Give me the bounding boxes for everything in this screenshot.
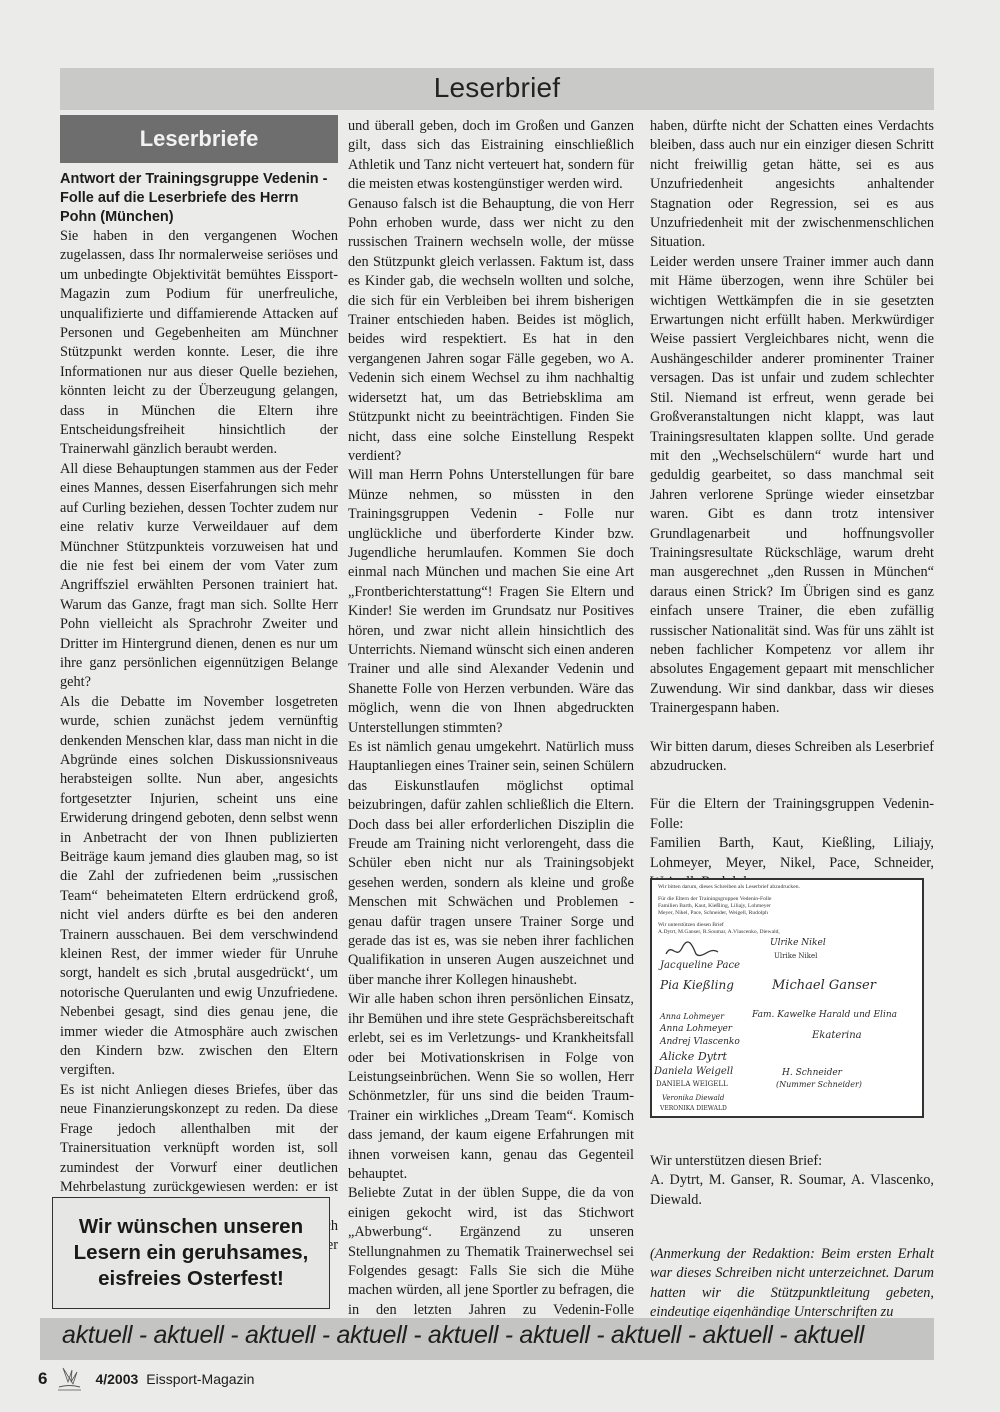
easter-greeting-box: Wir wünschen unseren Lesern ein geruhsam… [52, 1197, 330, 1309]
paragraph: und überall geben, doch im Großen und Ga… [348, 117, 634, 195]
signature: VERONIKA DIEWALD [660, 1105, 727, 1112]
signature-scan-image: Wir bitten darum, dieses Schreiben als L… [650, 878, 924, 1118]
aktuell-band: aktuell - aktuell - aktuell - aktuell - … [40, 1318, 934, 1360]
scan-printed-line: Wir bitten darum, dieses Schreiben als L… [658, 884, 916, 891]
signature: Daniela Weigell [654, 1066, 733, 1077]
paragraph: Sie haben in den vergangenen Wochen zuge… [60, 227, 338, 460]
paragraph: Beliebte Zutat in der üblen Suppe, die d… [348, 1184, 634, 1339]
paragraph: Genauso falsch ist die Behauptung, die v… [348, 195, 634, 467]
paragraph: Will man Herrn Pohns Unterstellungen für… [348, 466, 634, 738]
support-label: Wir unterstützen diesen Brief: [650, 1152, 934, 1171]
signature: (Nummer Schneider) [776, 1080, 862, 1089]
signature: Ulrike Nikel [770, 938, 826, 948]
signature: Alicke Dytrt [660, 1050, 727, 1063]
signature: Andrej Vlascenko [660, 1037, 740, 1047]
signature: Michael Ganser [772, 978, 876, 993]
paragraph: haben, dürfte nicht der Schatten eines V… [650, 117, 934, 253]
article-column-1: Antwort der Trainingsgruppe Vedenin - Fo… [60, 170, 338, 1275]
supporters-block: Wir unterstützen diesen Brief: A. Dytrt,… [650, 1152, 934, 1210]
section-banner: Leserbriefe [60, 115, 338, 163]
signature: DANIELA WEIGELL [656, 1080, 728, 1088]
page-footer: 6 4/2003 Eissport-Magazin [38, 1364, 254, 1394]
signature: Jacqueline Pace [660, 960, 740, 971]
signature: Anna Lohmeyer [660, 1024, 732, 1034]
article-column-3: haben, dürfte nicht der Schatten eines V… [650, 117, 934, 892]
issue-number: 4/2003 [95, 1371, 138, 1387]
signature: H. Schneider [782, 1068, 842, 1078]
scan-printed-line: Wir unterstützen diesen Brief [658, 922, 916, 929]
paragraph: All diese Behauptungen stammen aus der F… [60, 460, 338, 693]
signature: Anna Lohmeyer [660, 1012, 724, 1021]
page-header: Leserbrief [60, 68, 934, 110]
paragraph: Als die Debatte im November losgetreten … [60, 693, 338, 1081]
signature: Veronika Diewald [662, 1094, 724, 1102]
magazine-name: Eissport-Magazin [146, 1371, 254, 1387]
scan-printed-line: Familien Barth, Kaut, Kießling, Liliajy,… [658, 903, 916, 910]
signature: Ekaterina [812, 1030, 862, 1041]
paragraph: Es ist nämlich genau umgekehrt. Natürlic… [348, 738, 634, 990]
article-column-2: und überall geben, doch im Großen und Ga… [348, 117, 634, 1340]
aktuell-band-text: aktuell - aktuell - aktuell - aktuell - … [62, 1321, 864, 1350]
section-banner-label: Leserbriefe [140, 126, 259, 152]
easter-greeting-text: Wir wünschen unseren Lesern ein geruhsam… [74, 1214, 309, 1292]
editor-note-text: (Anmerkung der Redaktion: Beim ersten Er… [650, 1245, 934, 1323]
signed-for: Für die Eltern der Trainingsgruppen Vede… [650, 795, 934, 834]
paragraph: Leider werden unsere Trainer immer auch … [650, 253, 934, 719]
request-paragraph: Wir bitten darum, dieses Schreiben als L… [650, 738, 934, 777]
supporters-list: A. Dytrt, M. Ganser, R. Soumar, A. Vlasc… [650, 1171, 934, 1210]
scan-printed-line: Meyer, Nikel, Pace, Schneider, Weigell, … [658, 910, 916, 917]
signature: Pia Kießling [660, 978, 734, 992]
skater-logo-icon [55, 1366, 83, 1392]
signature: Fam. Kawelke Harald und Elina [752, 1010, 897, 1020]
signature-scribble-icon [662, 940, 722, 962]
page-title: Leserbrief [60, 72, 934, 104]
scan-printed-line: A.Dytrt, M.Ganser, R.Soumar, A.Vlascenko… [658, 929, 916, 936]
signature: Ulrike Nikel [774, 952, 817, 960]
editor-note: (Anmerkung der Redaktion: Beim ersten Er… [650, 1245, 934, 1323]
scan-printed-line: Für die Eltern der Trainingsgruppen Vede… [658, 896, 916, 903]
paragraph: Wir alle haben schon ihren persönlichen … [348, 990, 634, 1184]
page-number: 6 [38, 1369, 47, 1389]
article-headline: Antwort der Trainingsgruppe Vedenin - Fo… [60, 170, 338, 227]
